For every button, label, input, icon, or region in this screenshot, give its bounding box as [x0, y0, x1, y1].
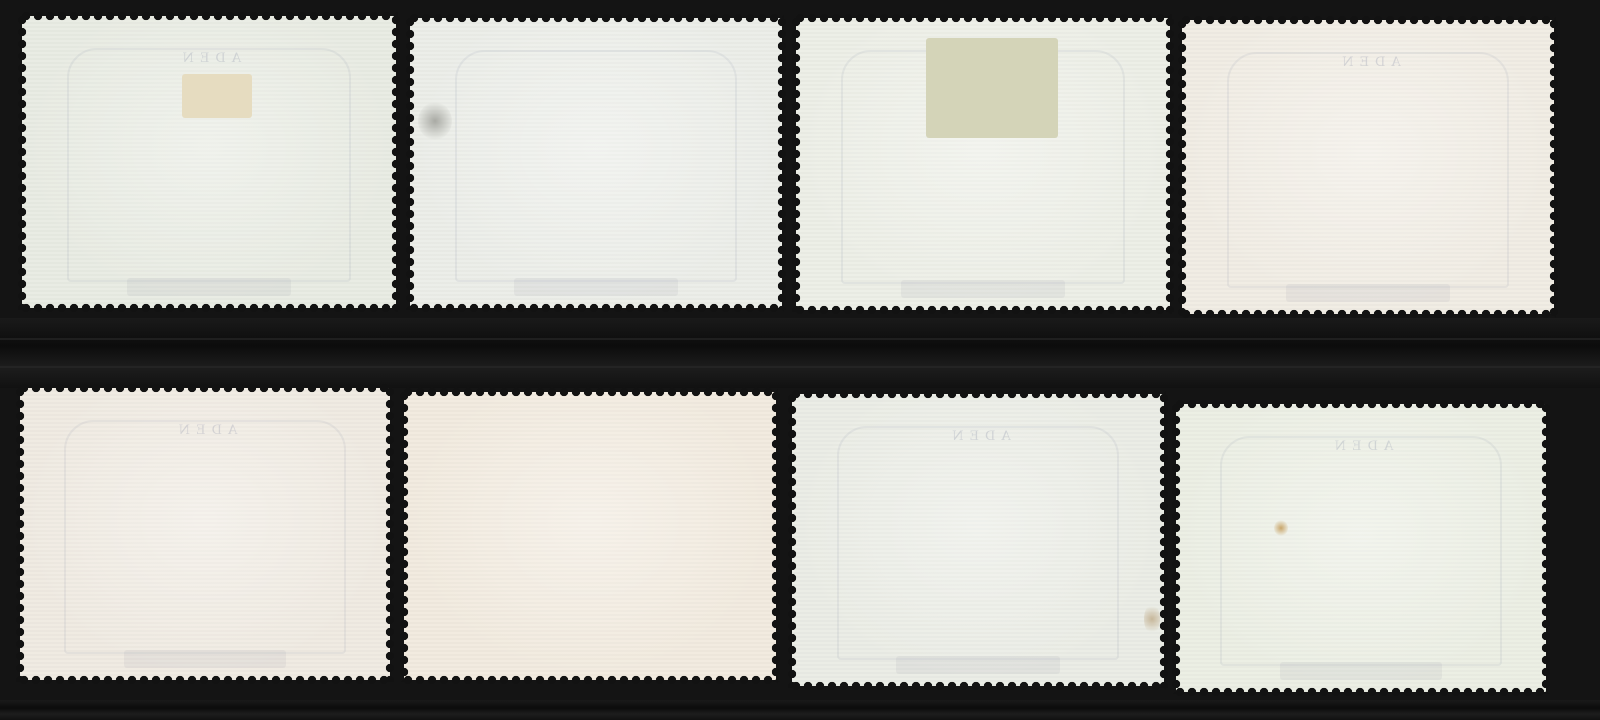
stain — [1274, 520, 1288, 536]
show-through-value-tablet — [896, 656, 1060, 674]
stamp-back-1: ADEN — [22, 16, 396, 308]
stain — [418, 102, 452, 140]
stamp-back-7: ADEN — [792, 394, 1164, 686]
show-through-value-tablet — [514, 278, 678, 296]
hinge-remnant — [182, 74, 252, 118]
stamp-back-6 — [404, 392, 776, 680]
show-through-title: ADEN — [904, 429, 1053, 445]
show-through-title: ADEN — [134, 51, 284, 67]
show-through-title: ADEN — [1294, 55, 1443, 71]
show-through-title: ADEN — [131, 423, 279, 439]
show-through-frame — [455, 50, 738, 282]
hinge-remnant — [926, 38, 1058, 138]
stamp-back-2 — [410, 18, 782, 308]
show-through-value-tablet — [1286, 284, 1450, 302]
show-through-title: ADEN — [1287, 439, 1435, 455]
show-through-frame — [64, 420, 345, 654]
stain — [1144, 604, 1160, 634]
stock-strip-bottom — [0, 700, 1600, 720]
stamp-back-8: ADEN — [1176, 404, 1546, 692]
stamp-back-5: ADEN — [20, 388, 390, 680]
show-through-frame — [837, 426, 1120, 660]
stamp-back-4: ADEN — [1182, 20, 1554, 314]
show-through-value-tablet — [127, 278, 292, 296]
show-through-value-tablet — [901, 280, 1066, 298]
stamp-back-3 — [796, 18, 1170, 310]
show-through-value-tablet — [124, 650, 287, 668]
show-through-value-tablet — [1280, 662, 1443, 680]
stock-strip-divider — [0, 318, 1600, 388]
show-through-frame — [1220, 436, 1501, 666]
stamp-paper — [404, 392, 776, 680]
show-through-frame — [1227, 52, 1510, 287]
